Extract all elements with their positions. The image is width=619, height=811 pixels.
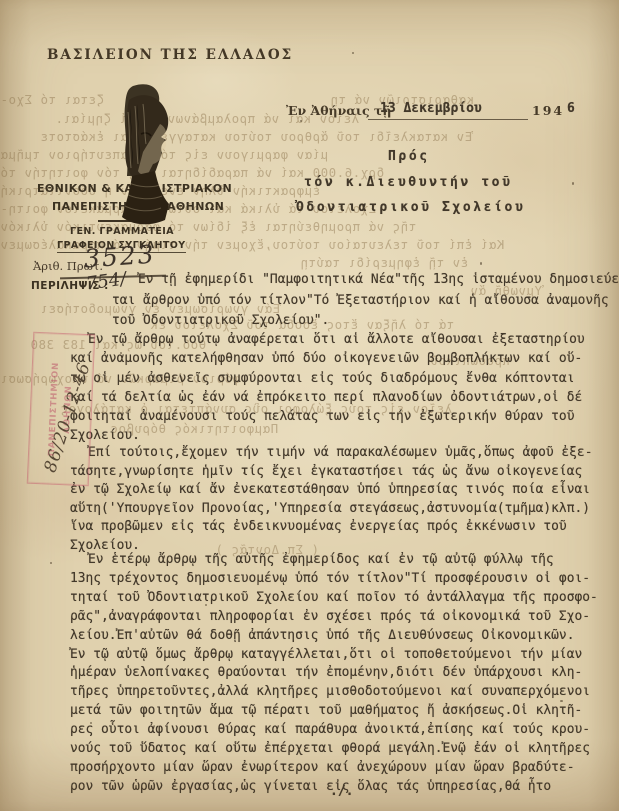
text-line: καί ἀναμονῆς κατελήφθησαν ὑπό δύο οἰκογε…: [70, 349, 585, 368]
text-line: Ἐν τῷ αὐτῷ ὅμως ἄρθρῳ καταγγέλλεται,ὅτι …: [70, 646, 598, 665]
recipient-to: Πρός: [388, 149, 430, 164]
text-line: τοῦ Ὀδοντιατρικοῦ Σχολείου".: [112, 311, 619, 332]
text-line: Ἐπί τούτοις,ἔχομεν τήν τιμήν νά παρακαλέ…: [70, 444, 592, 463]
text-line: προσήρχοντο μίαν ὥραν ἐνωρίτερον καί ἀνε…: [70, 759, 598, 778]
text-line: τω οἱ μέν ἀσθενεῖς συμφύρονται εἰς τούς …: [70, 369, 585, 388]
text-line: ἡμέραν ὑελοπίνακες θραύονται τήν ἐπομένη…: [70, 664, 598, 683]
text-line: Ἐν τῇ ἐφημερίδι "Παμφοιτητικά Νέα"τῆς 13…: [112, 270, 619, 291]
text-line: Ἐν τῷ ἄρθρῳ τούτῳ ἀναφέρεται ὅτι αἱ ἄλλο…: [70, 330, 585, 349]
document-content: ΒΑΣΙΛΕΙΟΝ ΤΗΣ ΕΛΛΑΔΟΣ Ἐν Ἀθήναις τῇ 13 Δ…: [0, 0, 619, 811]
text-line: ἵνα προβῶμεν εἰς τάς ἐνδεικνυομένας ἐνερ…: [70, 518, 592, 537]
text-line: Σχολείου.: [70, 426, 585, 445]
text-line: μετά τῶν φοιτητῶν ἅμα τῷ πέρατι τοῦ μαθή…: [70, 702, 598, 721]
text-line: τηταί τοῦ Ὀδοντιατρικοῦ Σχολείου καί ποῖ…: [70, 589, 598, 608]
text-line: νούς τοῦ ὕδατος καί οὕτω ἐπέρχεται φθορά…: [70, 740, 598, 759]
document-page: ζεται τό Σχο-καθαριστριῶν νά τῃλεῖον καί…: [0, 0, 619, 811]
dateline-underline: [368, 119, 528, 120]
kingdom-header: ΒΑΣΙΛΕΙΟΝ ΤΗΣ ΕΛΛΑΔΟΣ: [47, 47, 293, 63]
recipient-line2: Ὀδοντιατρικοῦ Σχολείου: [296, 200, 525, 215]
athena-head-emblem: [97, 82, 187, 232]
text-line: τῆρες ὑπηρετοῦντες,ἀλλά κλητῆρες μισθοδο…: [70, 683, 598, 702]
text-line: ρες οὗτοι ἀφίνουσι θύρας καί παράθυρα ἀν…: [70, 721, 598, 740]
dateline-year-digit: 6: [567, 101, 575, 116]
continuation-mark: ./.: [330, 784, 353, 799]
text-line: τάσητε,γνωρίσητε ἡμῖν τίς ἔχει ἐγκαταστή…: [70, 463, 592, 482]
text-line: 13ης τρέχοντος δημοσιευομένῳ ὑπό τόν τίτ…: [70, 570, 598, 589]
text-line: ται ἄρθρον ὑπό τόν τίτλον"Τό Ἐξεταστήριο…: [112, 291, 619, 312]
text-line: αὕτη('Υπουργεῖον Προνοίας,'Υπηρεσία στεγ…: [70, 500, 592, 519]
text-line: ρᾶς",ἀναγράφονται πληροφορίαι ἐν σχέσει …: [70, 608, 598, 627]
recipient-line1: τόν κ.Διευθυντήν τοῦ: [304, 175, 513, 190]
dateline-place: Ἐν Ἀθήναις τῇ: [286, 103, 391, 118]
text-line: καί τά δελτία ὡς ἐάν νά ἐπρόκειτο περί π…: [70, 388, 585, 407]
text-line: λείου.Ἐπ'αὐτῶν θά δοθῇ ἀπάντησις ὑπό τῆς…: [70, 627, 598, 646]
body-paragraph-2: Ἐν τῷ ἄρθρῳ τούτῳ ἀναφέρεται ὅτι αἱ ἄλλο…: [70, 330, 585, 446]
summary-paragraph: Ἐν τῇ ἐφημερίδι "Παμφοιτητικά Νέα"τῆς 13…: [112, 270, 619, 332]
dateline-date-typed: 13 Δεκεμβρίου: [380, 101, 482, 116]
body-paragraph-3: Ἐπί τούτοις,ἔχομεν τήν τιμήν νά παρακαλέ…: [70, 444, 592, 555]
dateline-year-printed: 194: [532, 103, 564, 118]
text-line: φοιτηταί ἀναμένουσι τούς πελάτας των εἰς…: [70, 407, 585, 426]
text-line: ἐν τῷ Σχολείῳ καί ἄν ἐνεκατεστάθησαν ὑπό…: [70, 481, 592, 500]
text-line: Ἐν ἑτέρῳ ἄρθρῳ τῆς αὐτῆς ἐφημερίδος καί …: [70, 551, 598, 570]
body-paragraph-4: Ἐν ἑτέρῳ ἄρθρῳ τῆς αὐτῆς ἐφημερίδος καί …: [70, 551, 598, 797]
